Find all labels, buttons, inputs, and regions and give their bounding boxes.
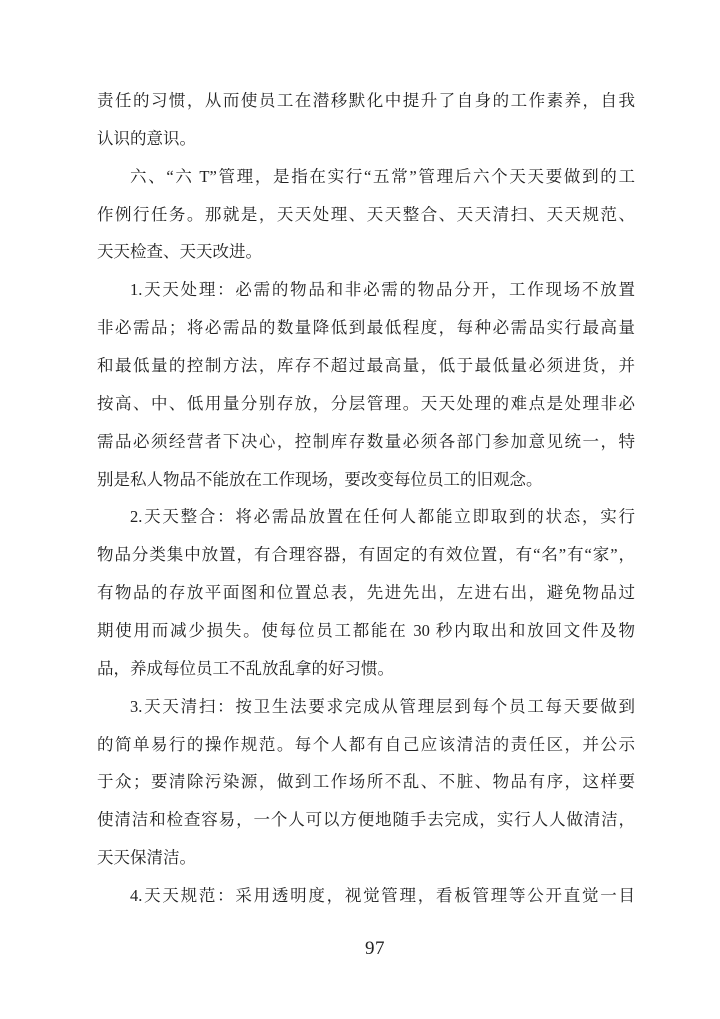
document-page: 责任的习惯，从而使员工在潜移默化中提升了自身的工作素养，自我认识的意识。六、“六… (0, 0, 720, 1019)
text-line: 和最低量的控制方法，库存不超过最高量，低于最低量必须进货，并 (97, 347, 635, 385)
text-line: 认识的意识。 (97, 120, 635, 158)
text-line: 的简单易行的操作规范。每个人都有自己应该清洁的责任区，并公示 (97, 726, 635, 764)
text-line: 物品分类集中放置，有合理容器，有固定的有效位置，有“名”有“家”， (97, 536, 635, 574)
text-line: 非必需品；将必需品的数量降低到最低程度，每种必需品实行最高量 (97, 309, 635, 347)
text-line: 2.天天整合：将必需品放置在任何人都能立即取到的状态，实行 (97, 498, 635, 536)
text-line: 3.天天清扫：按卫生法要求完成从管理层到每个员工每天要做到 (97, 688, 635, 726)
text-line: 品，养成每位员工不乱放乱拿的好习惯。 (97, 650, 635, 688)
text-column: 责任的习惯，从而使员工在潜移默化中提升了自身的工作素养，自我认识的意识。六、“六… (97, 82, 635, 915)
text-line: 六、“六 T”管理，是指在实行“五常”管理后六个天天要做到的工 (97, 158, 635, 196)
text-line: 使清洁和检查容易，一个人可以方便地随手去完成，实行人人做清洁， (97, 801, 635, 839)
text-line: 4.天天规范：采用透明度，视觉管理，看板管理等公开直觉一目 (97, 877, 635, 915)
text-line: 需品必须经营者下决心，控制库存数量必须各部门参加意见统一，特 (97, 423, 635, 461)
text-line: 于众；要清除污染源，做到工作场所不乱、不脏、物品有序，这样要 (97, 763, 635, 801)
text-line: 期使用而减少损失。使每位员工都能在 30 秒内取出和放回文件及物 (97, 612, 635, 650)
text-line: 责任的习惯，从而使员工在潜移默化中提升了自身的工作素养，自我 (97, 82, 635, 120)
text-line: 按高、中、低用量分别存放，分层管理。天天处理的难点是处理非必 (97, 385, 635, 423)
page-number: 97 (97, 934, 653, 964)
text-line: 别是私人物品不能放在工作现场，要改变每位员工的旧观念。 (97, 461, 635, 499)
text-line: 天天保清洁。 (97, 839, 635, 877)
text-line: 有物品的存放平面图和位置总表，先进先出，左进右出，避免物品过 (97, 574, 635, 612)
text-line: 作例行任务。那就是，天天处理、天天整合、天天清扫、天天规范、 (97, 196, 635, 234)
text-line: 天天检查、天天改进。 (97, 233, 635, 271)
text-line: 1.天天处理：必需的物品和非必需的物品分开，工作现场不放置 (97, 271, 635, 309)
